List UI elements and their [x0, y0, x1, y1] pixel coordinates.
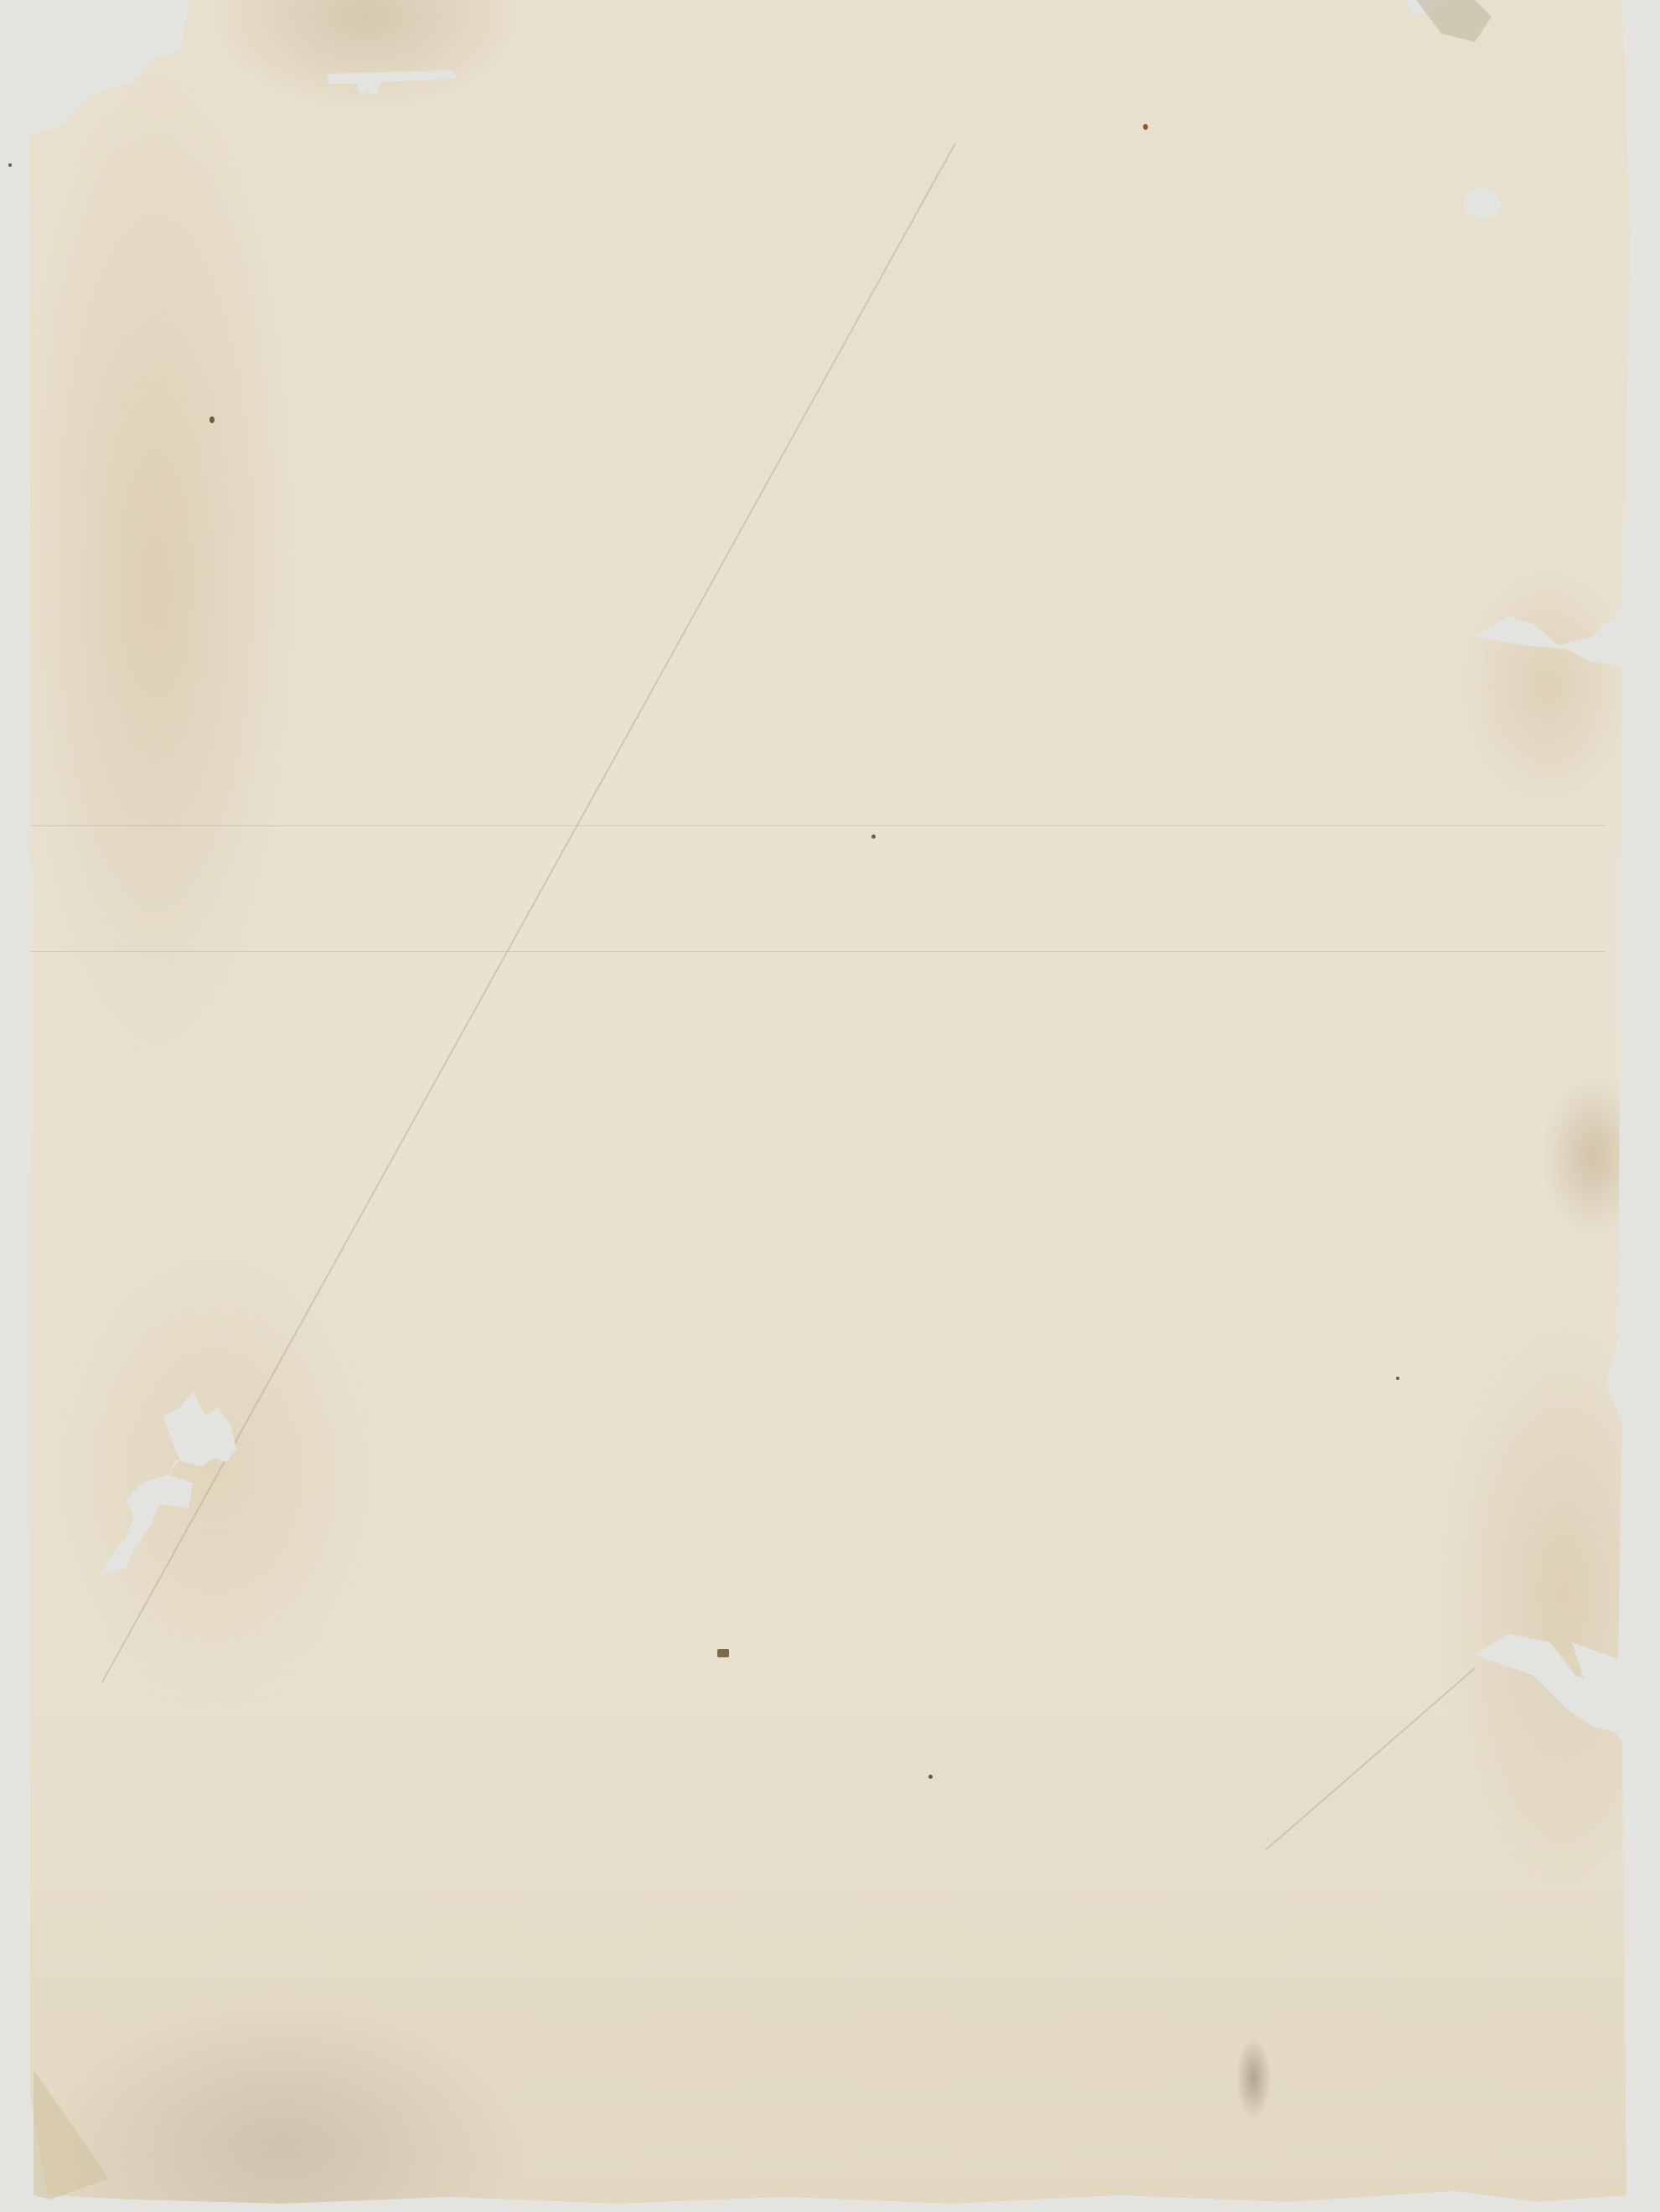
scene-background: [0, 0, 1660, 2212]
ink-speck: [8, 163, 12, 167]
tear-holes: [0, 0, 1660, 2212]
ink-speck: [209, 416, 215, 423]
ink-speck: [717, 1649, 729, 1657]
ink-speck: [1143, 124, 1148, 130]
ink-speck: [928, 1775, 933, 1779]
ink-speck: [871, 835, 876, 839]
ink-speck: [1396, 1377, 1399, 1380]
